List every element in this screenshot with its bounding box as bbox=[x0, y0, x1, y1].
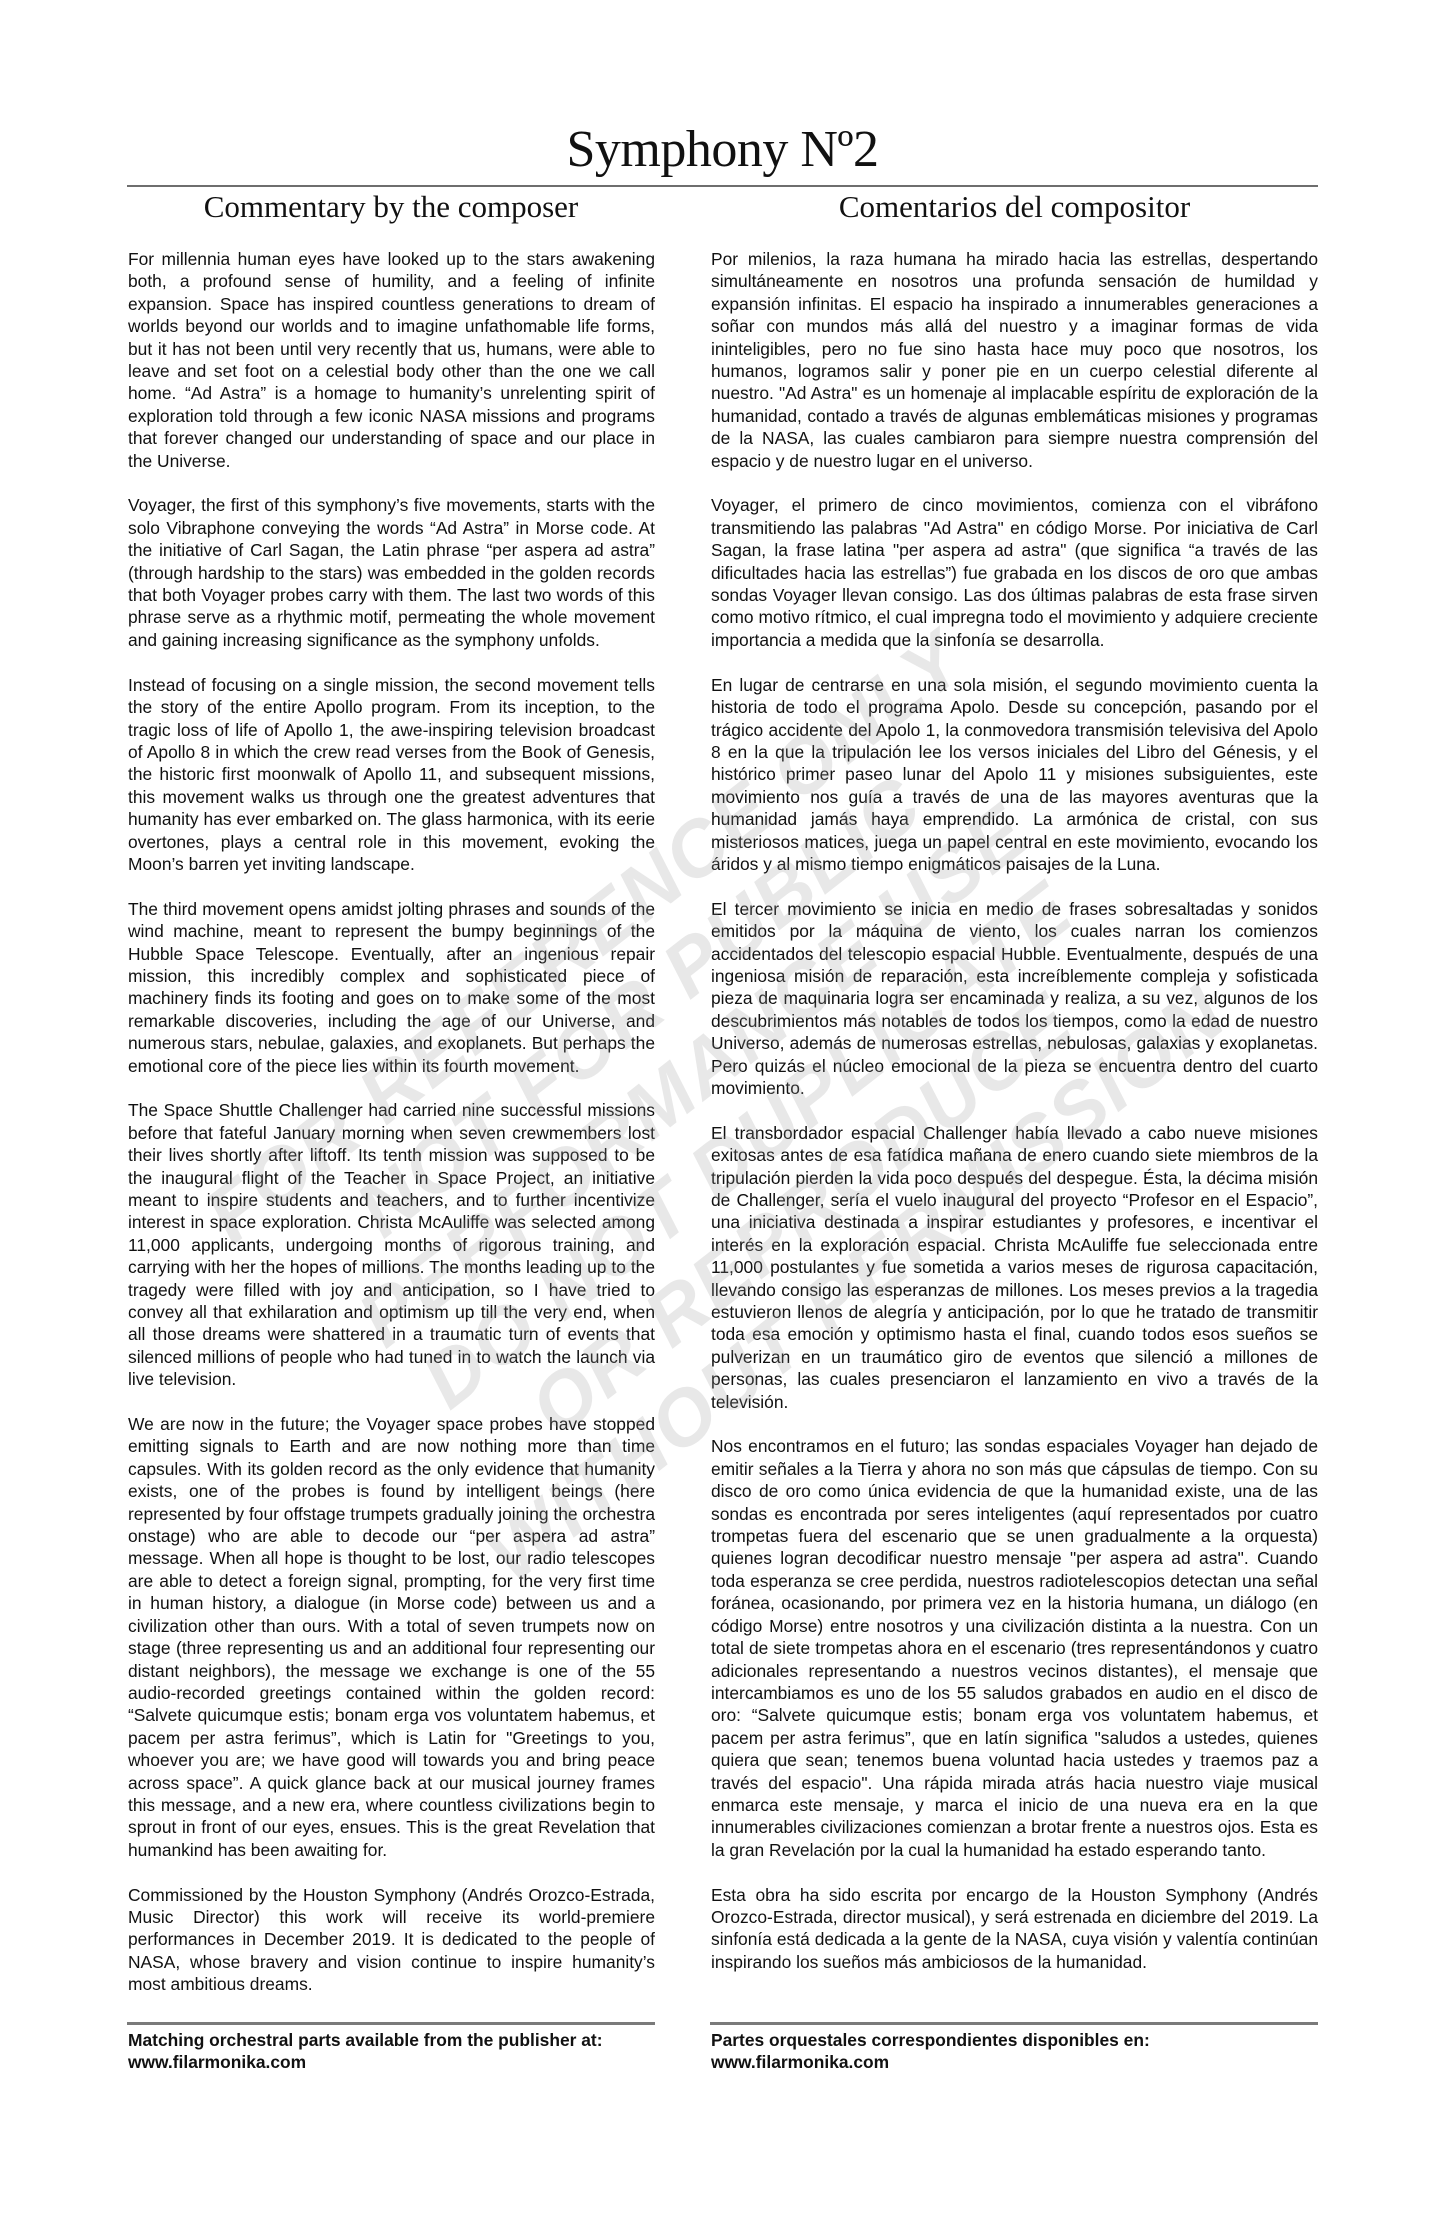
spanish-commentary-column: Por milenios, la raza humana ha mirado h… bbox=[711, 248, 1318, 1996]
paragraph-apollo: Instead of focusing on a single mission,… bbox=[128, 674, 655, 876]
spanish-publisher-note: Partes orquestales correspondientes disp… bbox=[711, 2029, 1318, 2074]
paragraph-voyager: Voyager, the first of this symphony’s fi… bbox=[128, 494, 655, 651]
paragraph-voyager: Voyager, el primero de cinco movimientos… bbox=[711, 494, 1318, 651]
publisher-url: www.filarmonika.com bbox=[711, 2051, 1318, 2073]
paragraph-hubble: El tercer movimiento se inicia en medio … bbox=[711, 898, 1318, 1100]
paragraph-challenger: El transbordador espacial Challenger hab… bbox=[711, 1122, 1318, 1413]
publisher-url: www.filarmonika.com bbox=[128, 2051, 668, 2073]
paragraph-hubble: The third movement opens amidst jolting … bbox=[128, 898, 655, 1077]
spanish-column-heading: Comentarios del compositor bbox=[711, 186, 1318, 228]
paragraph-intro: For millennia human eyes have looked up … bbox=[128, 248, 655, 472]
spanish-footer-divider bbox=[710, 2022, 1318, 2025]
paragraph-revelation: Nos encontramos en el futuro; las sondas… bbox=[711, 1435, 1318, 1861]
paragraph-revelation: We are now in the future; the Voyager sp… bbox=[128, 1413, 655, 1861]
publisher-note-text: Partes orquestales correspondientes disp… bbox=[711, 2029, 1318, 2051]
publisher-note-text: Matching orchestral parts available from… bbox=[128, 2029, 668, 2051]
english-column-heading: Commentary by the composer bbox=[127, 186, 655, 228]
program-note-page: Symphony Nº2 Commentary by the composer … bbox=[0, 0, 1445, 2233]
paragraph-intro: Por milenios, la raza humana ha mirado h… bbox=[711, 248, 1318, 472]
english-commentary-column: For millennia human eyes have looked up … bbox=[128, 248, 655, 2018]
page-title: Symphony Nº2 bbox=[0, 120, 1445, 180]
paragraph-commission: Esta obra ha sido escrita por encargo de… bbox=[711, 1884, 1318, 1974]
paragraph-commission: Commissioned by the Houston Symphony (An… bbox=[128, 1884, 655, 1996]
paragraph-apollo: En lugar de centrarse en una sola misión… bbox=[711, 674, 1318, 876]
english-footer-divider bbox=[127, 2022, 655, 2025]
paragraph-challenger: The Space Shuttle Challenger had carried… bbox=[128, 1099, 655, 1390]
english-publisher-note: Matching orchestral parts available from… bbox=[128, 2029, 668, 2074]
